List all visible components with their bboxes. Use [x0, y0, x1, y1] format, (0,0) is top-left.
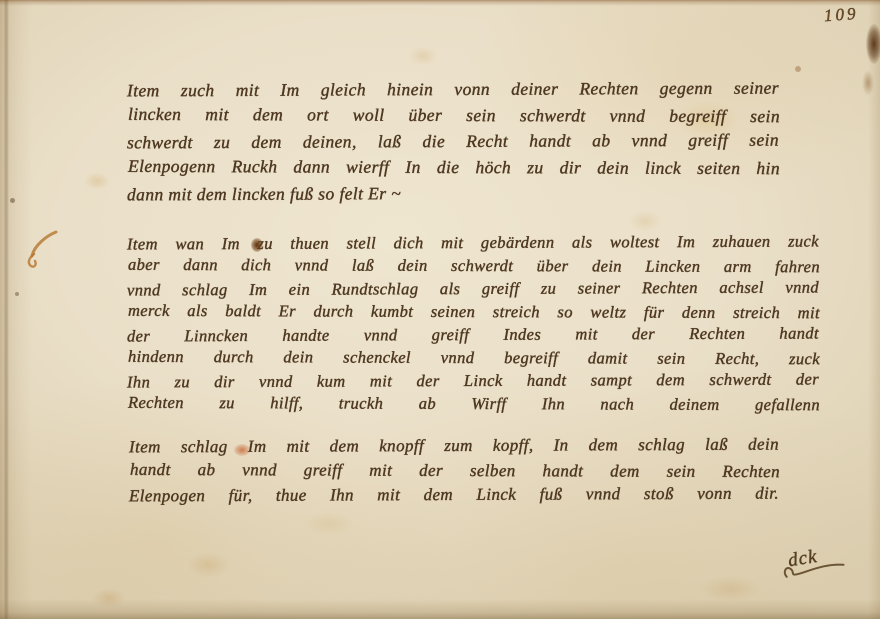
paper-speck [10, 198, 15, 203]
foxing-spot [408, 46, 438, 66]
text-line: hindenn durch dein schenckel vnnd begrei… [128, 345, 820, 370]
foxing-spot [304, 512, 354, 536]
text-line: Rechten zu hilff, truckh ab Wirff Ihn na… [128, 391, 820, 416]
foxing-spot [92, 588, 126, 608]
paper-speck [795, 66, 801, 72]
paper-speck [15, 292, 19, 296]
text-line: Item wan Im zu thuen stell dich mit gebä… [127, 229, 819, 255]
text-line: der Linncken handte vnnd greiff Indes mi… [127, 321, 819, 347]
text-line: dann mit dem lincken fuß so felt Er ~ [127, 179, 779, 208]
text-line: aber dann dich vnnd laß dein schwerdt üb… [128, 253, 820, 278]
catchword: dck [787, 542, 846, 572]
text-line: lincken mit dem ort woll über sein schwe… [128, 101, 780, 129]
folio-number: 109 [823, 4, 859, 26]
paragraph-1: Item zuch mit Im gleich hinein vonn dein… [127, 76, 779, 206]
text-line: vnnd schlag Im ein Rundtschlag als greif… [127, 275, 819, 301]
paragraph-2: Item wan Im zu thuen stell dich mit gebä… [127, 231, 819, 415]
text-line: Elenpogen für, thue Ihn mit dem Linck fu… [129, 482, 779, 509]
foxing-spot [700, 576, 760, 602]
text-line: Item zuch mit Im gleich hinein vonn dein… [127, 75, 779, 104]
text-line: merck als baldt Er durch kumbt seinen st… [128, 299, 820, 324]
paragraph-3: Item schlag Im mit dem knopff zum kopff,… [129, 434, 779, 508]
text-line: schwerdt zu dem deinen, laß die Recht ha… [127, 127, 779, 156]
foxing-spot [186, 552, 230, 578]
ink-stain [866, 24, 880, 64]
margin-flourish-icon [22, 224, 62, 272]
margin-ink-mark [22, 224, 62, 277]
foxing-spot [84, 172, 110, 190]
text-line: Ihn zu dir vnnd kum mit der Linck handt … [127, 367, 819, 393]
ink-stain [862, 70, 874, 96]
foxing-spot [628, 210, 662, 232]
text-line: Elenpogenn Ruckh dann wierff In die höch… [128, 153, 780, 181]
manuscript-page: 109 Item zuch mit Im gleich hinein vonn … [0, 0, 880, 619]
text-line: handt ab vnnd greiff mit der selben hand… [130, 457, 780, 484]
text-line: Item schlag Im mit dem knopff zum kopff,… [129, 433, 779, 460]
